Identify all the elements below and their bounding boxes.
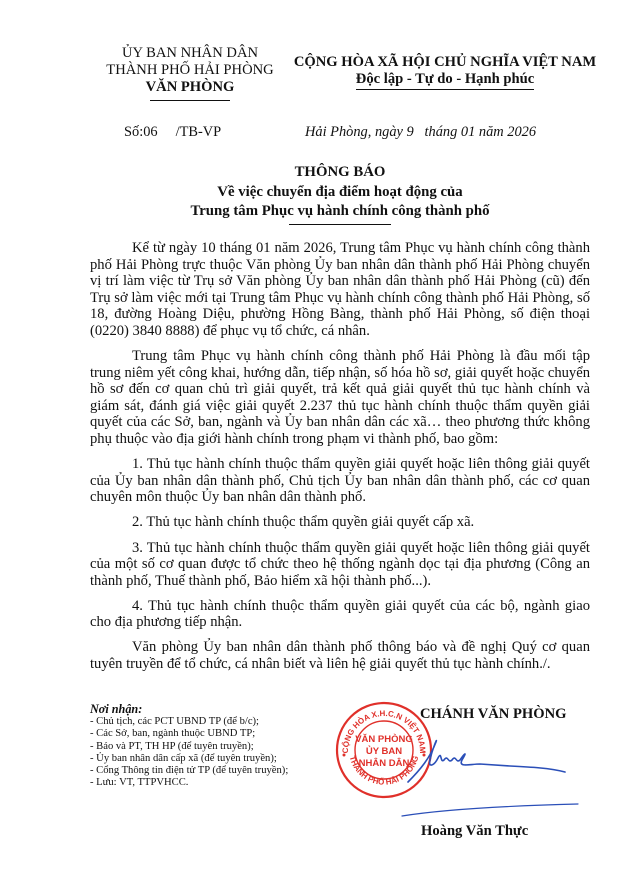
body-list-item: 4. Thủ tục hành chính thuộc thẩm quyền g… — [90, 598, 590, 631]
body-list-item: 1. Thủ tục hành chính thuộc thẩm quyền g… — [90, 456, 590, 506]
recipient-item: - Lưu: VT, TTPVHCC. — [90, 777, 340, 789]
issuer-line-2: THÀNH PHỐ HẢI PHÒNG — [88, 62, 292, 79]
issuer-office: VĂN PHÒNG — [88, 79, 292, 96]
issuer-header: ỦY BAN NHÂN DÂN THÀNH PHỐ HẢI PHÒNG VĂN … — [88, 45, 292, 101]
national-header: CỘNG HÒA XÃ HỘI CHỦ NGHĨA VIỆT NAM Độc l… — [290, 54, 600, 90]
body-paragraph: Văn phòng Ủy ban nhân dân thành phố thôn… — [90, 639, 590, 672]
document-number-prefix: Số:06 — [124, 124, 158, 140]
document-number-suffix: /TB-VP — [176, 124, 222, 140]
recipient-item: - Chủ tịch, các PCT UBND TP (để b/c); — [90, 716, 340, 728]
document-number: Số:06/TB-VP — [124, 124, 221, 141]
svg-text:ỦY BAN: ỦY BAN — [366, 745, 402, 757]
body-paragraph: Trung tâm Phục vụ hành chính công thành … — [90, 348, 590, 448]
body-list-item: 3. Thủ tục hành chính thuộc thẩm quyền g… — [90, 540, 590, 590]
recipient-item: - Ủy ban nhân dân cấp xã (để tuyên truyề… — [90, 753, 340, 765]
document-title: THÔNG BÁO Về việc chuyển địa điểm hoạt đ… — [90, 163, 590, 225]
signer-name: Hoàng Văn Thực — [421, 823, 528, 840]
document-subject-line-2: Trung tâm Phục vụ hành chính công thành … — [90, 202, 590, 222]
issuer-line-1: ỦY BAN NHÂN DÂN — [88, 45, 292, 62]
issuer-underline — [150, 100, 230, 101]
document-type: THÔNG BÁO — [90, 163, 590, 183]
recipients-block: Nơi nhận: - Chủ tịch, các PCT UBND TP (đ… — [90, 703, 340, 789]
document-body: Kể từ ngày 10 tháng 01 năm 2026, Trung t… — [90, 240, 590, 681]
national-title: CỘNG HÒA XÃ HỘI CHỦ NGHĨA VIỆT NAM — [290, 54, 600, 71]
document-subject-line-1: Về việc chuyển địa điểm hoạt động của — [90, 183, 590, 203]
body-paragraph: Kể từ ngày 10 tháng 01 năm 2026, Trung t… — [90, 240, 590, 340]
document-date: Hải Phòng, ngày 9 tháng 01 năm 2026 — [305, 124, 536, 141]
national-motto: Độc lập - Tự do - Hạnh phúc — [356, 71, 534, 90]
recipients-label: Nơi nhận: — [90, 703, 340, 715]
recipient-item: - Các Sở, ban, ngành thuộc UBND TP; — [90, 728, 340, 740]
recipient-item: - Báo và PT, TH HP (để tuyên truyền); — [90, 741, 340, 753]
body-list-item: 2. Thủ tục hành chính thuộc thẩm quyền g… — [90, 514, 590, 531]
title-underline — [289, 224, 391, 225]
handwritten-signature — [400, 720, 580, 820]
recipient-item: - Cổng Thông tin điện tử TP (để tuyên tr… — [90, 765, 340, 777]
